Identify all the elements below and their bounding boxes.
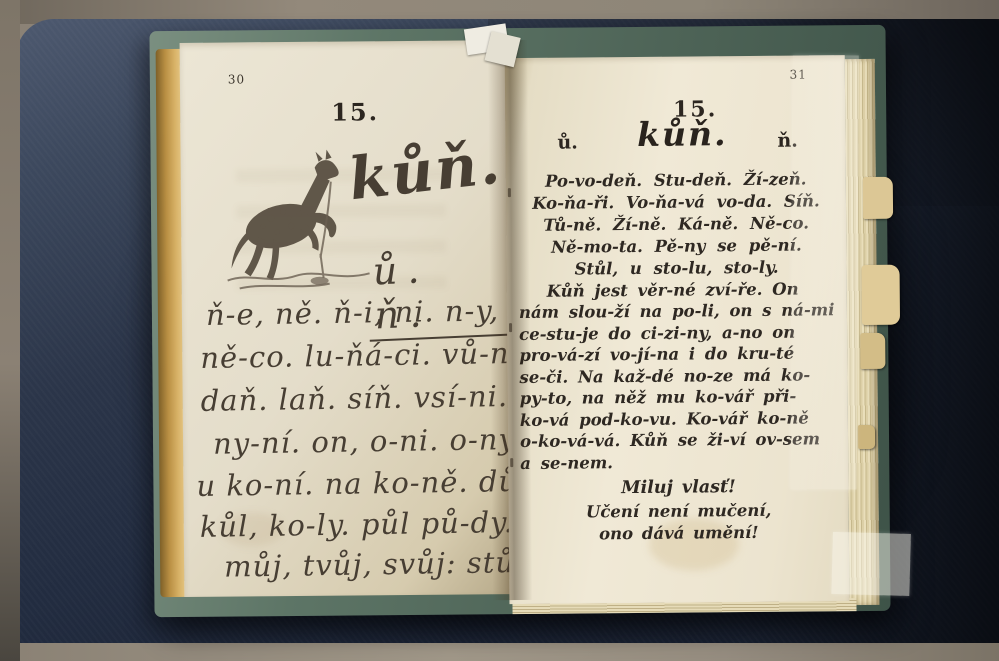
background-floor-strip (0, 641, 999, 661)
paragraph-line: py-to, na něž mu ko-vář při- (520, 387, 797, 408)
paragraph-line: Kůň jest věr-né zví-ře. On (547, 280, 799, 301)
binding-stitch (510, 458, 513, 467)
paragraph-line: a se-nem. (520, 453, 613, 473)
binding-stitch (509, 323, 512, 332)
script-line: u ko-ní. na ko-ně. důl. (196, 464, 539, 503)
script-line: kůl, ko-ly. půl pů-dy. (200, 505, 515, 544)
script-line: ny-ní. on, o-ni. o-ny. (213, 422, 523, 461)
script-line: daň. laň. síň. vsí-ni. (200, 379, 508, 418)
repair-tape-corner (831, 532, 911, 596)
open-book: 30 15. (149, 25, 890, 617)
paragraph-line: se-či. Na kaž-dé no-ze má ko- (519, 365, 810, 387)
left-page: 30 15. (180, 40, 511, 597)
tattered-page-tab (862, 265, 901, 325)
motto-line: Učení není mučení, (509, 500, 849, 522)
paragraph-line: ko-vá pod-ko-vu. Ko-vář ko-ně (520, 408, 809, 430)
page-number-left: 30 (228, 72, 245, 86)
tattered-page-tab (858, 425, 875, 449)
tattered-page-tab (863, 177, 893, 219)
background-wall-left (0, 0, 20, 661)
paragraph-line: ce-stu-je do ci-zi-ny, a-no on (519, 323, 795, 344)
lesson-heading-left: 15. (180, 96, 506, 128)
paragraph-line: pro-vá-zí vo-jí-na i do kru-té (519, 344, 794, 365)
script-line: ně-co. lu-ňá-ci. vů-ně. (200, 336, 538, 375)
repair-tape-strip (790, 55, 858, 489)
book-gutter (488, 40, 533, 600)
paragraph-line: nám slou-ží na po-li, on s ná-mi (519, 300, 835, 322)
tattered-page-tab (860, 333, 885, 369)
motto-line: ono dává umění! (509, 522, 849, 544)
paragraph-line: o-ko-vá-vá. Kůň se ži-ví ov-sem (520, 429, 820, 451)
script-line: můj, tvůj, svůj: stůj! (224, 545, 538, 584)
binding-stitch (508, 188, 511, 197)
